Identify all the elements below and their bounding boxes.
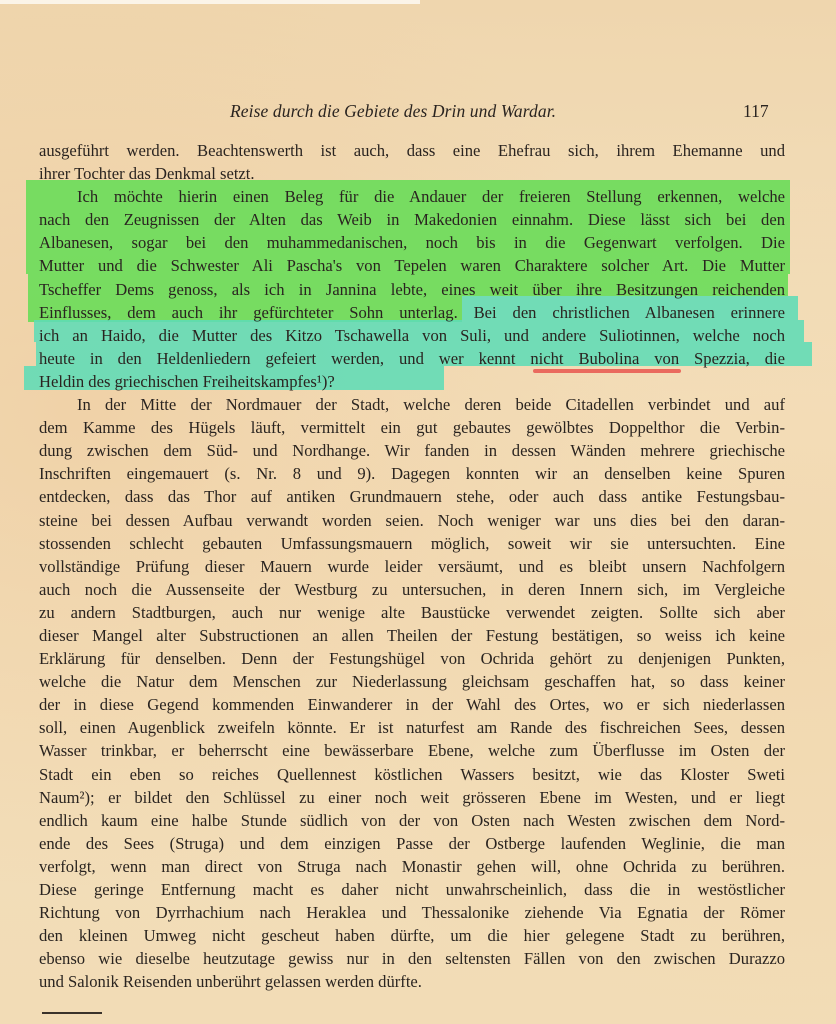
text-line: entdecken, dass das Thor auf antiken Gru… [39,485,785,508]
text-line: Ich möchte hierin einen Beleg für die An… [39,185,785,208]
text-line: Tscheffer Dems genoss, als ich in Jannin… [39,278,785,301]
text-line: steine bei dessen Aufbau verwandt worden… [39,509,785,532]
running-title: Reise durch die Gebiete des Drin und War… [230,101,556,122]
page-number: 117 [743,101,769,122]
body-text: ausgeführt werden. Beachtenswerth ist au… [39,139,785,993]
text-line: verfolgt, wenn man direct von Struga nac… [39,855,785,878]
text-line: Diese geringe Entfernung macht es daher … [39,878,785,901]
text-line: ende des Sees (Struga) und dem einzigen … [39,832,785,855]
text-line: dung zwischen dem Süd- und Nordhange. Wi… [39,439,785,462]
text-line: stossenden schlecht gebauten Umfassungsm… [39,532,785,555]
text-line: nach den Zeugnissen der Alten das Weib i… [39,208,785,231]
text-line: dieser Mangel alter Substructionen an al… [39,624,785,647]
text-line: zu andern Stadtburgen, auch nur wenige a… [39,601,785,624]
text-line: dem Kamme des Hügels läuft, vermittelt e… [39,416,785,439]
text-line: Stadt ein eben so reiches Quellennest kö… [39,763,785,786]
text-line: Albanesen, sogar bei den muhammedanische… [39,231,785,254]
text-line: Wasser trinkbar, er beherrscht eine bewä… [39,739,785,762]
text-line: Heldin des griechischen Freiheitskampfes… [39,370,785,393]
footnote-rule [42,1012,102,1014]
text-line: Erklärung für denselben. Denn der Festun… [39,647,785,670]
text-line: endlich kaum eine halbe Stunde südlich v… [39,809,785,832]
text-line: ebenso wie dieselbe heutzutage gewiss nu… [39,947,785,970]
text-line: ausgeführt werden. Beachtenswerth ist au… [39,139,785,162]
text-line: ihrer Tochter das Denkmal setzt. [39,162,785,185]
text-line: Einflusses, dem auch ihr gefürchteter So… [39,301,785,324]
text-line: In der Mitte der Nordmauer der Stadt, we… [39,393,785,416]
text-line: Naum²); er bildet den Schlüssel zu einer… [39,786,785,809]
text-line: Richtung von Dyrrhachium nach Heraklea u… [39,901,785,924]
text-line: und Salonik Reisenden unberührt gelassen… [39,970,785,993]
text-line: den kleinen Umweg nicht gescheut haben d… [39,924,785,947]
text-line: auch noch die Aussenseite der Westburg z… [39,578,785,601]
text-line: Inschriften eingemauert (s. Nr. 8 und 9)… [39,462,785,485]
page-header: Reise durch die Gebiete des Drin und War… [0,101,836,125]
text-line: welche die Natur dem Menschen zur Nieder… [39,670,785,693]
book-page: Reise durch die Gebiete des Drin und War… [0,0,836,1024]
text-line: heute in den Heldenliedern gefeiert werd… [39,347,785,370]
text-line: ich an Haido, die Mutter des Kitzo Tscha… [39,324,785,347]
text-line: der in diese Gegend kommenden Einwandere… [39,693,785,716]
text-line: Mutter und die Schwester Ali Pascha's vo… [39,254,785,277]
text-line: vollständige Prüfung dieser Mauern wurde… [39,555,785,578]
text-line: soll, einen Augenblick zweifeln könnte. … [39,716,785,739]
